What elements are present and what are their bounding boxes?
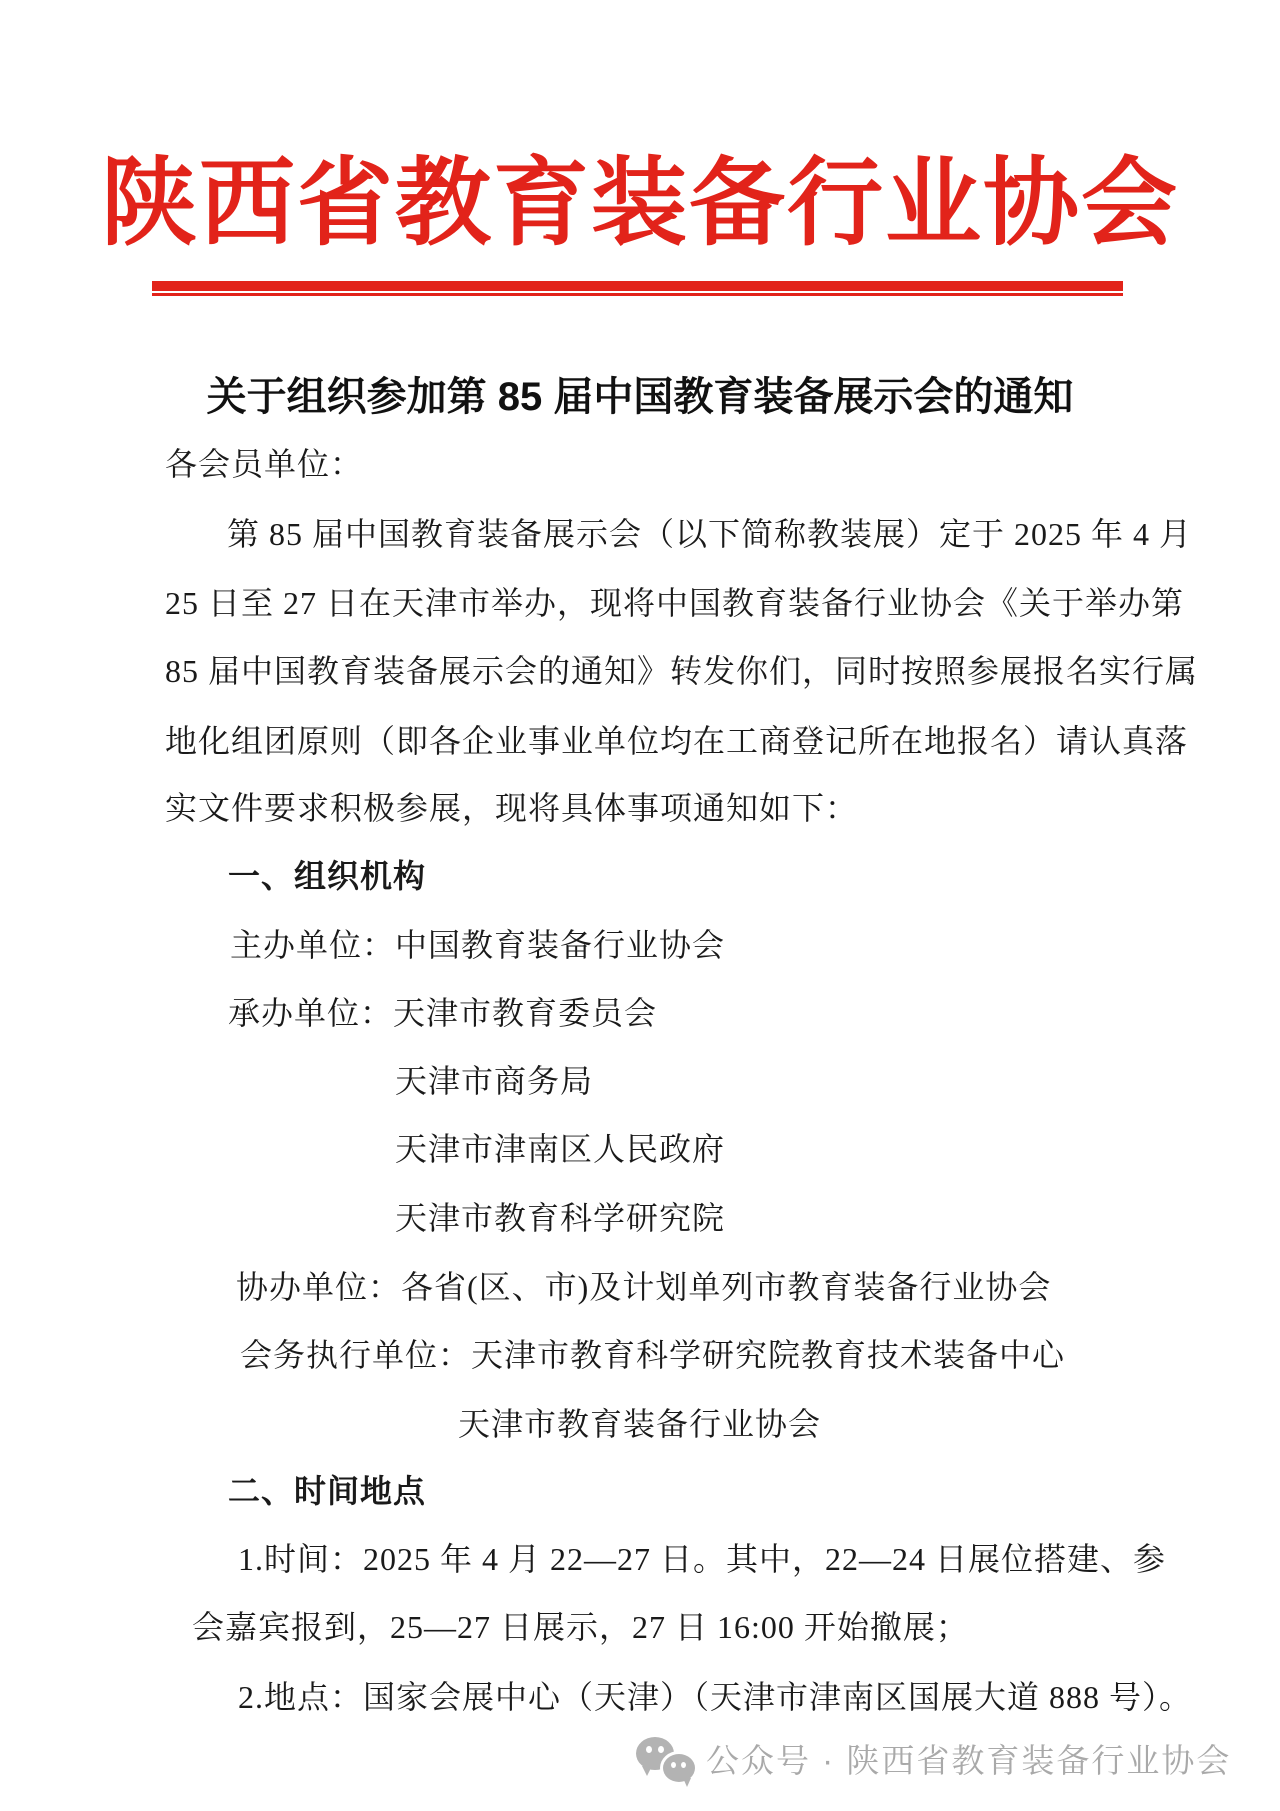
- text-line: 天津市教育科学研究院: [395, 1196, 725, 1240]
- masthead-org-name: 陕西省教育装备行业协会: [0, 138, 1280, 270]
- text-line: 实文件要求积极参展，现将具体事项通知如下：: [165, 786, 858, 830]
- text-line: 1.时间：2025 年 4 月 22—27 日。其中，22—24 日展位搭建、参: [238, 1537, 1166, 1581]
- text-line: 会嘉宾报到，25—27 日展示，27 日 16:00 开始撤展；: [192, 1605, 969, 1649]
- text-line: 天津市教育装备行业协会: [458, 1402, 821, 1446]
- text-line: 各会员单位：: [165, 442, 363, 486]
- section-heading: 一、组织机构: [228, 854, 426, 898]
- wechat-icon: [636, 1737, 698, 1785]
- text-line: 地化组团原则（即各企业事业单位均在工商登记所在地报名）请认真落: [165, 719, 1188, 763]
- masthead-rule: [152, 281, 1123, 296]
- text-line: 2.地点：国家会展中心（天津）（天津市津南区国展大道 888 号）。: [238, 1675, 1192, 1719]
- text-line: 天津市商务局: [395, 1059, 593, 1103]
- watermark-label: 公众号 · 陕西省教育装备行业协会: [706, 1736, 1231, 1786]
- text-line: 主办单位：中国教育装备行业协会: [230, 923, 725, 967]
- text-line: 天津市津南区人民政府: [395, 1127, 725, 1171]
- text-line: 会务执行单位：天津市教育科学研究院教育技术装备中心: [240, 1333, 1065, 1377]
- text-line: 85 届中国教育装备展示会的通知》转发你们，同时按照参展报名实行属: [165, 649, 1198, 693]
- text-line: 25 日至 27 日在天津市举办，现将中国教育装备行业协会《关于举办第: [165, 581, 1184, 625]
- document-page: 陕西省教育装备行业协会 关于组织参加第 85 届中国教育装备展示会的通知 各会员…: [0, 0, 1280, 1811]
- text-line: 承办单位：天津市教育委员会: [228, 991, 657, 1035]
- watermark: 公众号 · 陕西省教育装备行业协会: [636, 1736, 1231, 1786]
- text-line: 第 85 届中国教育装备展示会（以下简称教装展）定于 2025 年 4 月: [227, 512, 1192, 556]
- notice-title: 关于组织参加第 85 届中国教育装备展示会的通知: [0, 372, 1280, 422]
- wechat-bubble-small: [660, 1751, 698, 1785]
- text-line: 协办单位：各省(区、市)及计划单列市教育装备行业协会: [236, 1265, 1051, 1309]
- section-heading: 二、时间地点: [228, 1469, 426, 1513]
